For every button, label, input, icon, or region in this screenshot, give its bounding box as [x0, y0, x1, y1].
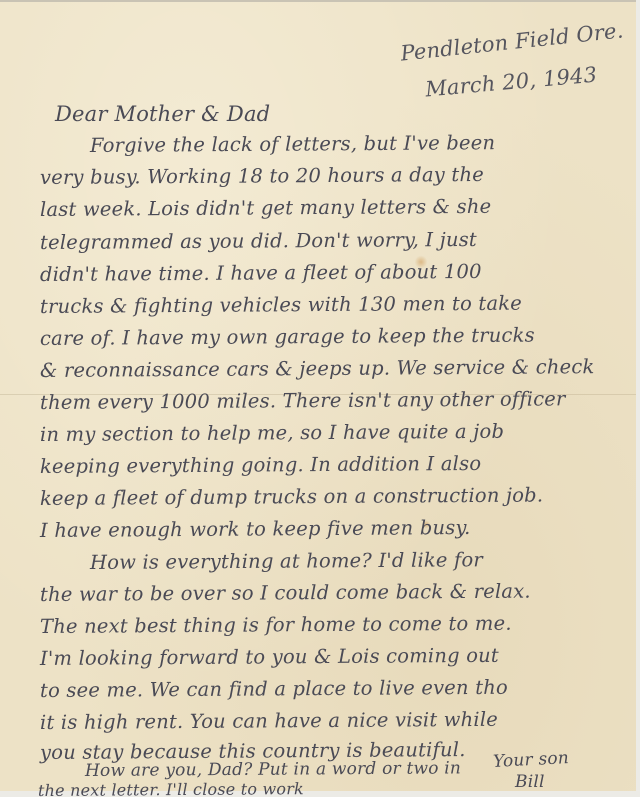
letter-line: trucks & fighting vehicles with 130 men … — [40, 292, 522, 318]
letter-line: keeping everything going. In addition I … — [40, 452, 481, 478]
letter-signature: Bill — [515, 772, 545, 792]
letter-salutation: Dear Mother & Dad — [55, 102, 270, 126]
letter-page: Pendleton Field Ore. March 20, 1943 Dear… — [0, 0, 636, 791]
letter-line: & reconnaissance cars & jeeps up. We ser… — [40, 355, 595, 382]
letter-location: Pendleton Field Ore. — [399, 18, 624, 65]
letter-line: them every 1000 miles. There isn't any o… — [40, 387, 566, 414]
letter-line: the next letter. I'll close to work — [38, 779, 304, 797]
letter-line: the war to be over so I could come back … — [40, 580, 531, 606]
letter-line: in my section to help me, so I have quit… — [40, 420, 504, 446]
letter-line: last week. Lois didn't get many letters … — [40, 195, 491, 221]
letter-line: it is high rent. You can have a nice vis… — [40, 708, 498, 734]
letter-line: I'm looking forward to you & Lois coming… — [40, 644, 499, 670]
letter-line: Forgive the lack of letters, but I've be… — [90, 131, 495, 157]
letter-line: keep a fleet of dump trucks on a constru… — [40, 483, 543, 510]
letter-line: to see me. We can find a place to live e… — [40, 676, 508, 702]
letter-line: I have enough work to keep five men busy… — [40, 516, 471, 542]
letter-line: The next best thing is for home to come … — [40, 612, 512, 638]
letter-line: telegrammed as you did. Don't worry, I j… — [40, 228, 477, 254]
letter-line: very busy. Working 18 to 20 hours a day … — [40, 163, 484, 189]
letter-line: How are you, Dad? Put in a word or two i… — [85, 758, 461, 781]
letter-closing: Your son — [493, 748, 570, 772]
letter-date: March 20, 1943 — [424, 63, 598, 102]
letter-line: care of. I have my own garage to keep th… — [40, 324, 535, 350]
letter-line: How is everything at home? I'd like for — [90, 548, 483, 574]
letter-line: didn't have time. I have a fleet of abou… — [40, 260, 482, 286]
